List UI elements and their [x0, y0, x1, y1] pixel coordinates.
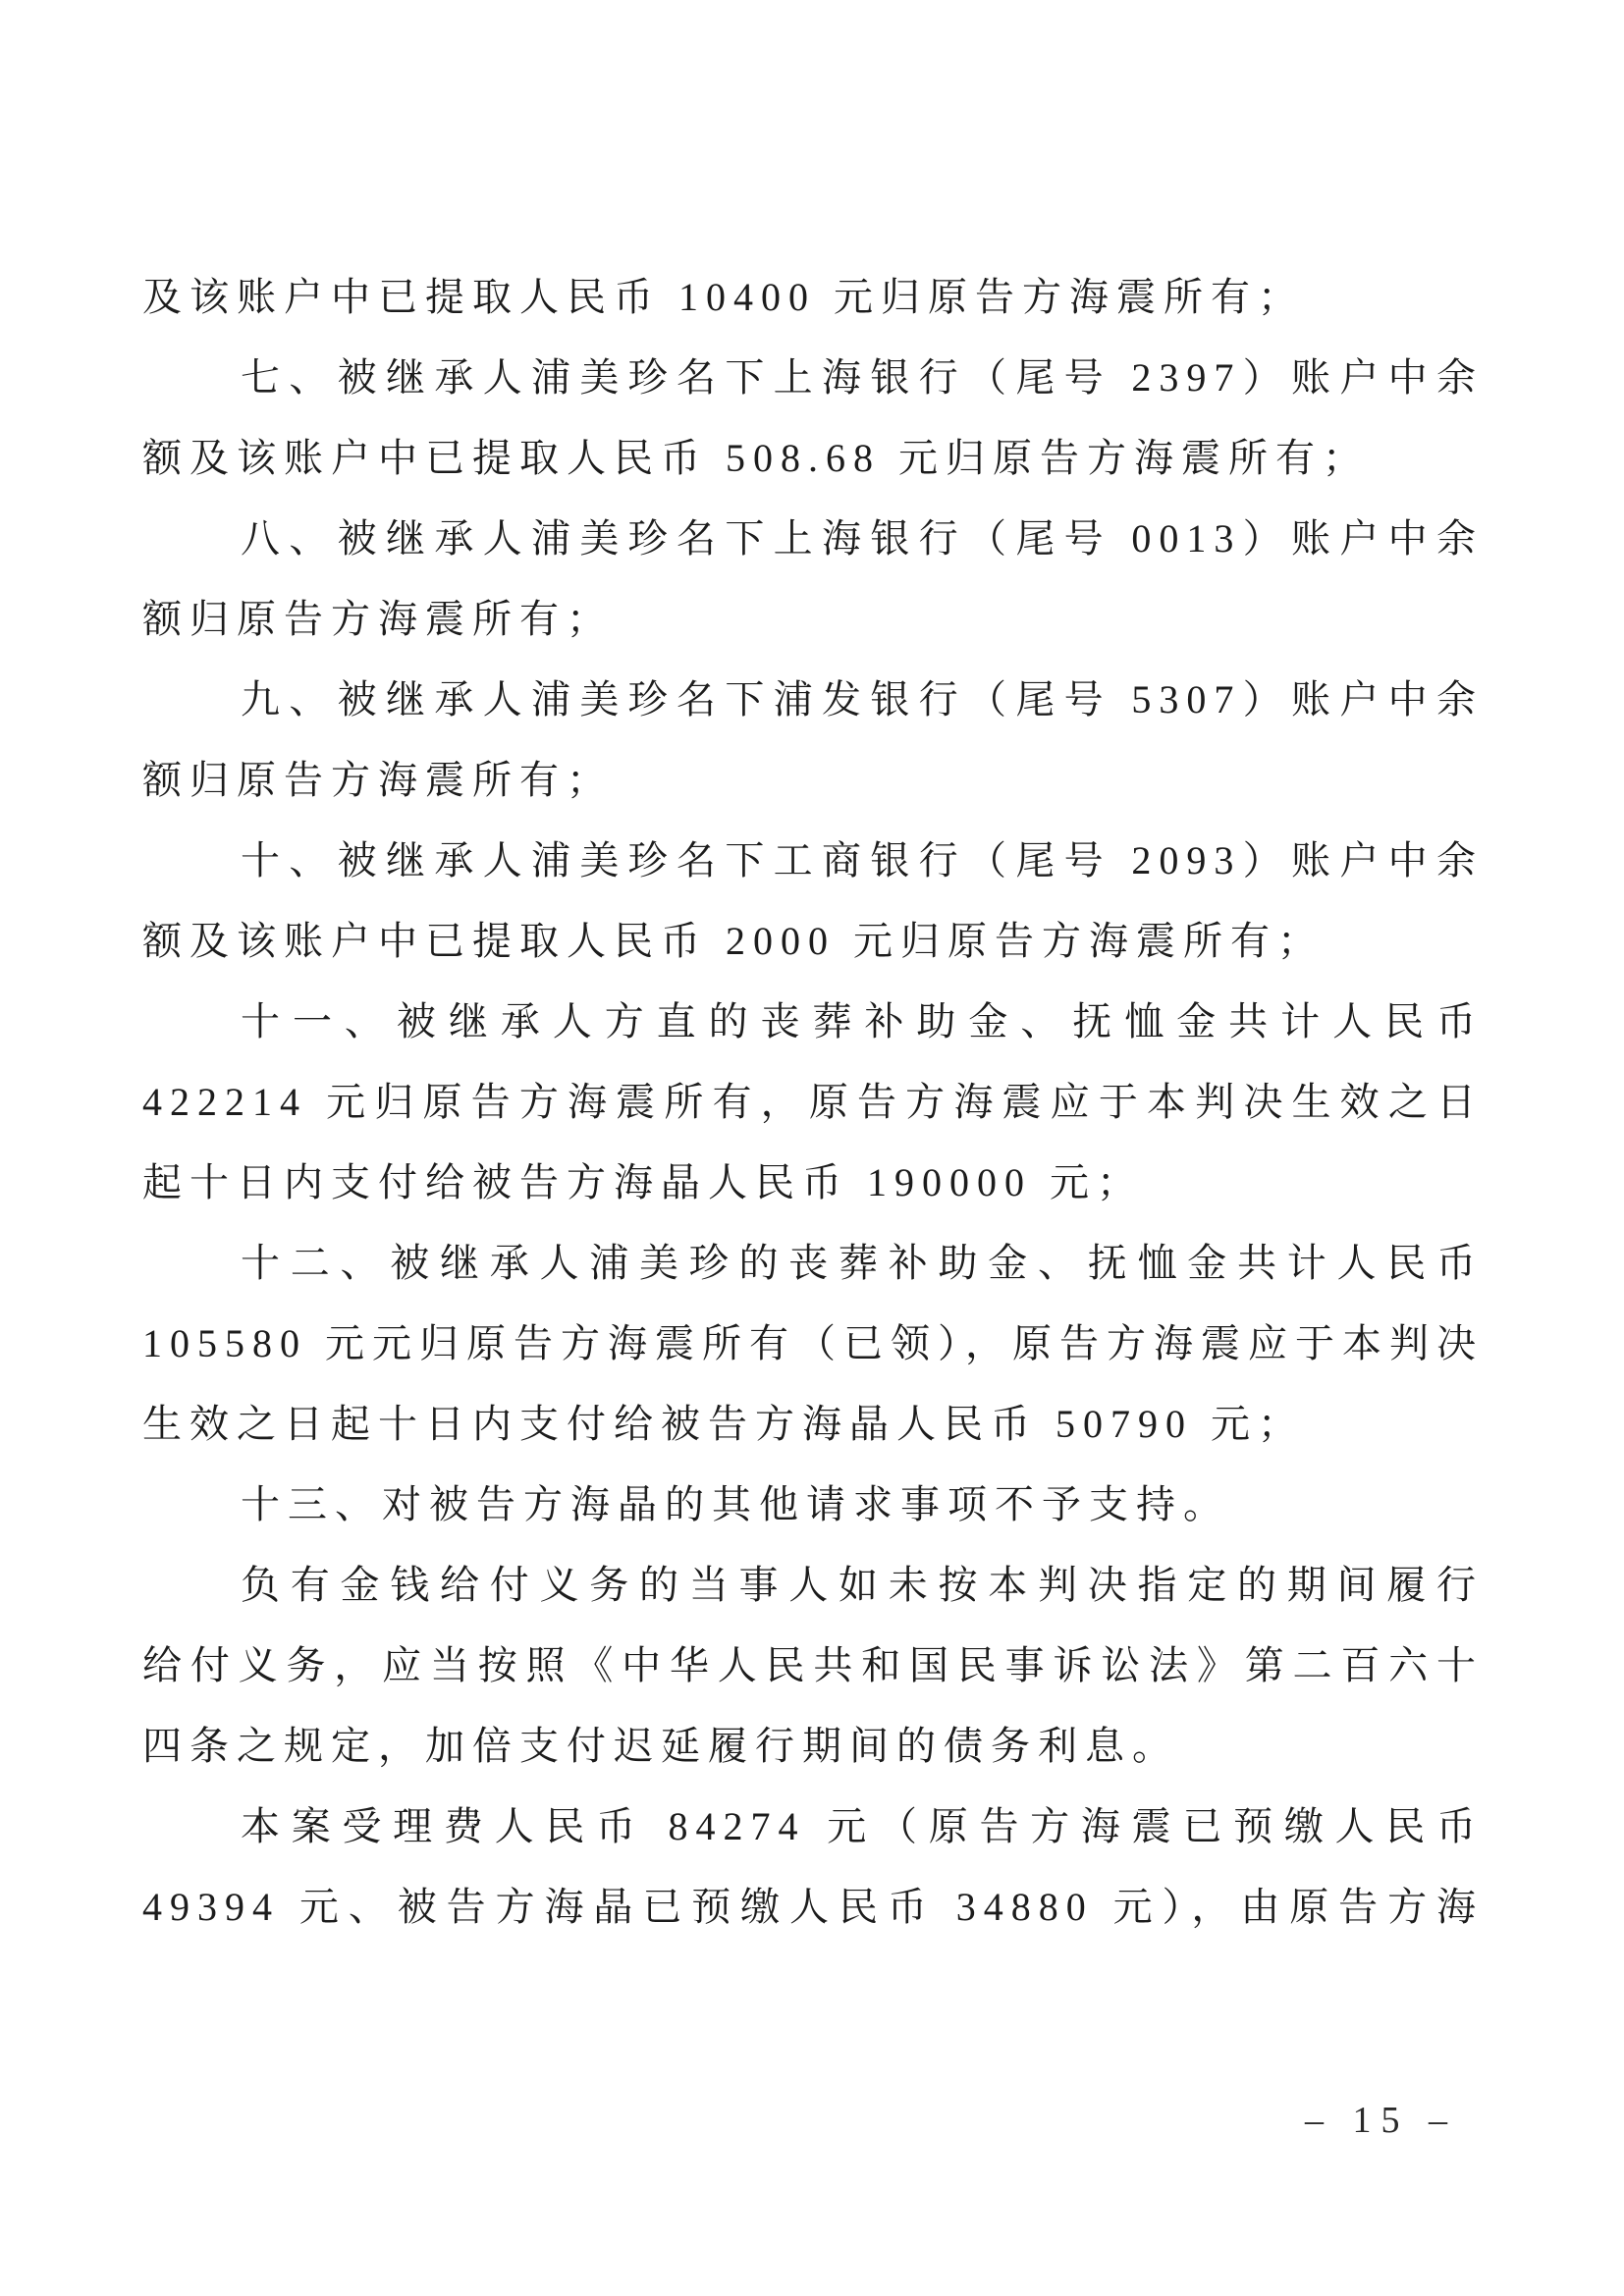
text-line: 七、被继承人浦美珍名下上海银行（尾号 2397）账户中余	[142, 338, 1484, 418]
text-line: 额归原告方海震所有；	[142, 579, 1484, 660]
text-line: 负有金钱给付义务的当事人如未按本判决指定的期间履行	[142, 1545, 1484, 1626]
text-line: 额及该账户中已提取人民币 508.68 元归原告方海震所有；	[142, 418, 1484, 499]
text-line: 422214 元归原告方海震所有，原告方海震应于本判决生效之日	[142, 1062, 1484, 1143]
text-line: 八、被继承人浦美珍名下上海银行（尾号 0013）账户中余	[142, 499, 1484, 579]
text-line: 49394 元、被告方海晶已预缴人民币 34880 元），由原告方海震	[142, 1867, 1484, 1948]
text-line: 额归原告方海震所有；	[142, 740, 1484, 821]
text-line: 九、被继承人浦美珍名下浦发银行（尾号 5307）账户中余	[142, 660, 1484, 740]
text-line: 十、被继承人浦美珍名下工商银行（尾号 2093）账户中余	[142, 821, 1484, 901]
text-line: 给付义务，应当按照《中华人民共和国民事诉讼法》第二百六十	[142, 1626, 1484, 1706]
text-line: 十三、对被告方海晶的其他请求事项不予支持。	[142, 1465, 1484, 1545]
text-line: 起十日内支付给被告方海晶人民币 190000 元；	[142, 1143, 1484, 1223]
text-line: 十一、被继承人方直的丧葬补助金、抚恤金共计人民币	[142, 982, 1484, 1062]
text-line: 生效之日起十日内支付给被告方海晶人民币 50790 元；	[142, 1384, 1484, 1465]
text-line: 十二、被继承人浦美珍的丧葬补助金、抚恤金共计人民币	[142, 1223, 1484, 1304]
text-line: 额及该账户中已提取人民币 2000 元归原告方海震所有；	[142, 901, 1484, 982]
text-line: 及该账户中已提取人民币 10400 元归原告方海震所有；	[142, 257, 1484, 338]
document-body: 及该账户中已提取人民币 10400 元归原告方海震所有； 七、被继承人浦美珍名下…	[142, 257, 1484, 1948]
page-number: – 15 –	[1305, 2099, 1457, 2142]
text-line: 本案受理费人民币 84274 元（原告方海震已预缴人民币	[142, 1787, 1484, 1867]
document-page: 及该账户中已提取人民币 10400 元归原告方海震所有； 七、被继承人浦美珍名下…	[0, 0, 1624, 2296]
text-line: 四条之规定，加倍支付迟延履行期间的债务利息。	[142, 1706, 1484, 1787]
text-line: 105580 元元归原告方海震所有（已领），原告方海震应于本判决	[142, 1304, 1484, 1384]
